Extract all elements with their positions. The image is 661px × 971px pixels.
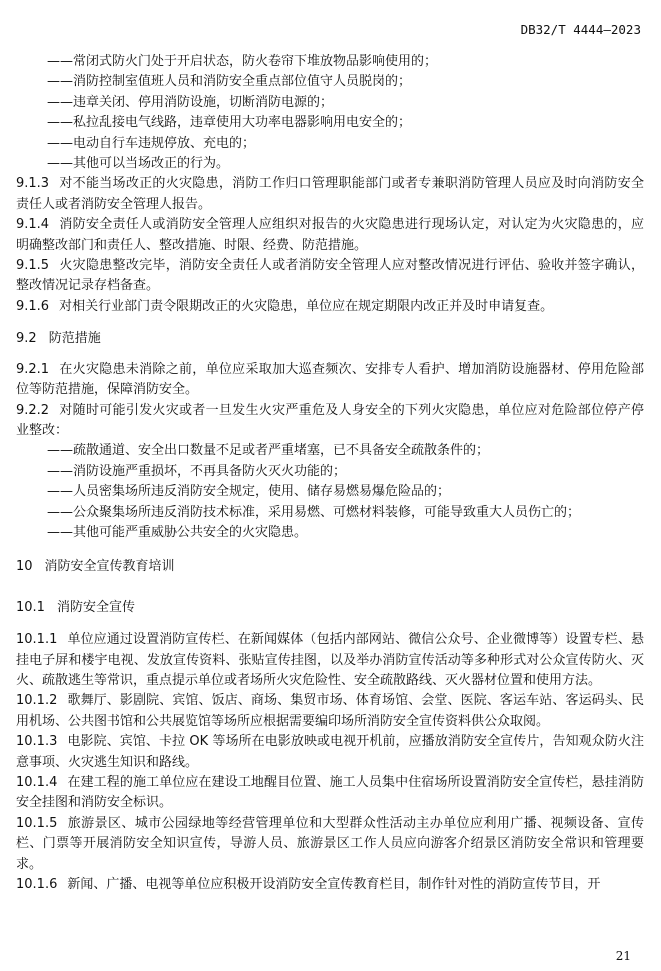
clause-number: 9.1.6 <box>16 299 49 314</box>
clause-number: 9.1.3 <box>16 176 49 191</box>
clause-9-1-6: 9.1.6对相关行业部门责令限期改正的火灾隐患，单位应在规定期限内改正并及时申请… <box>16 297 644 317</box>
clause-number: 10.1.3 <box>16 734 57 749</box>
page-body: ——常闭式防火门处于开启状态，防火卷帘下堆放物品影响使用的； ——消防控制室值班… <box>16 52 644 895</box>
clause-text: 单位应通过设置消防宣传栏、在新闻媒体（包括内部网站、微信公众号、企业微博等）设置… <box>16 632 644 688</box>
clause-text: 新闻、广播、电视等单位应积极开设消防安全宣传教育栏目，制作针对性的消防宣传节目，… <box>67 877 600 892</box>
clause-text: 火灾隐患整改完毕，消防安全责任人或者消防安全管理人应对整改情况进行评估、验收并签… <box>16 258 644 293</box>
section-heading-9-2: 9.2防范措施 <box>16 329 644 349</box>
section-heading-10: 10消防安全宣传教育培训 <box>16 557 644 577</box>
clause-number: 10.1.1 <box>16 632 57 647</box>
clause-10-1-1: 10.1.1单位应通过设置消防宣传栏、在新闻媒体（包括内部网站、微信公众号、企业… <box>16 630 644 691</box>
clause-9-1-3: 9.1.3对不能当场改正的火灾隐患，消防工作归口管理职能部门或者专兼职消防管理人… <box>16 174 644 215</box>
clause-text: 对随时可能引发火灾或者一旦发生火灾严重危及人身安全的下列火灾隐患，单位应对危险部… <box>16 403 644 438</box>
clause-9-1-4: 9.1.4消防安全责任人或消防安全管理人应组织对报告的火灾隐患进行现场认定，对认… <box>16 215 644 256</box>
clause-number: 9.1.4 <box>16 217 49 232</box>
list-item: ——其他可以当场改正的行为。 <box>16 154 644 174</box>
clause-10-1-4: 10.1.4在建工程的施工单位应在建设工地醒目位置、施工人员集中住宿场所设置消防… <box>16 773 644 814</box>
list-item: ——电动自行车违规停放、充电的； <box>16 134 644 154</box>
clause-9-2-2: 9.2.2对随时可能引发火灾或者一旦发生火灾严重危及人身安全的下列火灾隐患，单位… <box>16 401 644 442</box>
list-item: ——违章关闭、停用消防设施，切断消防电源的； <box>16 93 644 113</box>
document-code: DB32/T 4444—2023 <box>521 22 641 37</box>
clause-number: 9.1.5 <box>16 258 49 273</box>
clause-10-1-3: 10.1.3电影院、宾馆、卡拉 OK 等场所在电影放映或电视开机前，应播放消防安… <box>16 732 644 773</box>
list-item: ——人员密集场所违反消防安全规定，使用、储存易燃易爆危险品的； <box>16 482 644 502</box>
list-item: ——私拉乱接电气线路，违章使用大功率电器影响用电安全的； <box>16 113 644 133</box>
page-number: 21 <box>616 949 631 963</box>
clause-10-1-2: 10.1.2歌舞厅、影剧院、宾馆、饭店、商场、集贸市场、体育场馆、会堂、医院、客… <box>16 691 644 732</box>
list-item: ——其他可能严重威胁公共安全的火灾隐患。 <box>16 523 644 543</box>
list-item: ——疏散通道、安全出口数量不足或者严重堵塞，已不具备安全疏散条件的； <box>16 441 644 461</box>
clause-number: 10.1.5 <box>16 816 57 831</box>
clause-text: 对相关行业部门责令限期改正的火灾隐患，单位应在规定期限内改正并及时申请复查。 <box>59 299 553 314</box>
clause-9-1-5: 9.1.5火灾隐患整改完毕，消防安全责任人或者消防安全管理人应对整改情况进行评估… <box>16 256 644 297</box>
list-item: ——常闭式防火门处于开启状态，防火卷帘下堆放物品影响使用的； <box>16 52 644 72</box>
list-item: ——消防设施严重损坏，不再具备防火灭火功能的； <box>16 462 644 482</box>
clause-text: 在火灾隐患未消除之前，单位应采取加大巡查频次、安排专人看护、增加消防设施器材、停… <box>16 362 644 397</box>
clause-text: 在建工程的施工单位应在建设工地醒目位置、施工人员集中住宿场所设置消防安全宣传栏，… <box>16 775 644 810</box>
clause-text: 旅游景区、城市公园绿地等经营管理单位和大型群众性活动主办单位应利用广播、视频设备… <box>16 816 644 872</box>
clause-10-1-5: 10.1.5旅游景区、城市公园绿地等经营管理单位和大型群众性活动主办单位应利用广… <box>16 814 644 875</box>
clause-text: 对不能当场改正的火灾隐患，消防工作归口管理职能部门或者专兼职消防管理人员应及时向… <box>16 176 644 211</box>
clause-text: 消防安全责任人或消防安全管理人应组织对报告的火灾隐患进行现场认定，对认定为火灾隐… <box>16 217 644 252</box>
hazard-list-b: ——疏散通道、安全出口数量不足或者严重堵塞，已不具备安全疏散条件的； ——消防设… <box>16 441 644 543</box>
section-heading-10-1: 10.1消防安全宣传 <box>16 598 644 618</box>
list-item: ——公众聚集场所违反消防技术标准，采用易燃、可燃材料装修，可能导致重大人员伤亡的… <box>16 503 644 523</box>
clause-number: 10.1.4 <box>16 775 57 790</box>
list-item: ——消防控制室值班人员和消防安全重点部位值守人员脱岗的； <box>16 72 644 92</box>
clause-text: 电影院、宾馆、卡拉 OK 等场所在电影放映或电视开机前，应播放消防安全宣传片，告… <box>16 734 644 769</box>
clause-number: 10.1.6 <box>16 877 57 892</box>
clause-number: 10.1.2 <box>16 693 57 708</box>
hazard-list-a: ——常闭式防火门处于开启状态，防火卷帘下堆放物品影响使用的； ——消防控制室值班… <box>16 52 644 174</box>
clause-9-2-1: 9.2.1在火灾隐患未消除之前，单位应采取加大巡查频次、安排专人看护、增加消防设… <box>16 360 644 401</box>
clause-number: 9.2.1 <box>16 362 49 377</box>
clause-10-1-6: 10.1.6新闻、广播、电视等单位应积极开设消防安全宣传教育栏目，制作针对性的消… <box>16 875 644 895</box>
clause-number: 9.2.2 <box>16 403 49 418</box>
clause-text: 歌舞厅、影剧院、宾馆、饭店、商场、集贸市场、体育场馆、会堂、医院、客运车站、客运… <box>16 693 644 728</box>
